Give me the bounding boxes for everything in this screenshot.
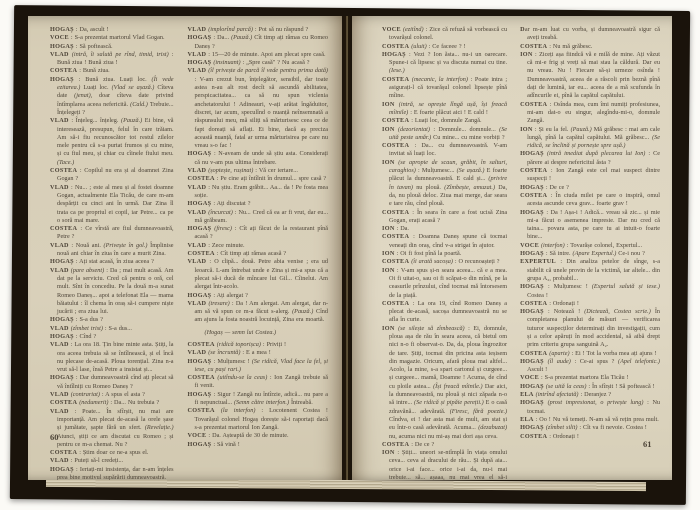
dialogue-line: COSTEA : Cît timp ați rămas acasă ? [188,250,328,258]
dialogue-line: HOGAȘ : Notează ! (Dictează, Costea scri… [520,308,660,349]
dialogue-line: VLAD : O clipă... două. Petre abia venis… [188,258,328,291]
dialogue-line: VLAD : Nu... ; este al meu și al fostei … [50,184,174,225]
dialogue-line: COSTEA : Bună ziua. [50,67,174,75]
dialogue-line: VOCE : S-a prezentat martora Ela Ticău ! [520,374,660,382]
dialogue-line: COSTEA : Știm doar ce ne-a spus el. [50,449,174,457]
dialogue-line: ION : Știți... uneori se-ntîmplă în viaț… [382,449,507,480]
dialogue-line: HOGAȘ : Da... (Pauză.) Cît timp ați răma… [188,34,328,51]
dialogue-line: COSTEA : Osînda mea, cum îmi numiți prof… [520,101,660,126]
dialogue-line: HOGAȘ (intră imediat după plecarea lui I… [520,150,660,167]
page-right-column-2: Dar m-am luat cu vorba, și dumneavoastră… [520,26,660,480]
dialogue-line: HOGAȘ : Dar dumneavoastră cînd ați pleca… [50,374,174,391]
dialogue-line: HOGAȘ : Cînd ? [50,333,174,341]
dialogue-line: COSTEA (îi arată sacoșa) : O recunoașteț… [382,258,507,266]
dialogue-line: VLAD (îl privește de parcă îl vede pentr… [188,67,328,150]
dialogue-line: HOGAȘ : De ce ? [520,184,660,192]
dialogue-line: VLAD (tresare) : Da ! Am alergat. Am ale… [188,300,328,325]
dialogue-line: COSTEA : Nu mă grăbesc. [520,43,660,51]
dialogue-line: COSTEA : Doamna Daneș spune că tocmai ve… [382,233,507,250]
dialogue-line: HOGAȘ : Să poftească. [50,43,174,51]
dialogue-line: HOGAȘ : Ați discutat ? [188,200,328,208]
dialogue-line: ION (dezorientat) : Domnule... domnule..… [382,126,507,143]
dialogue-line: HOGAȘ (zîmbet silit) : Cît va fi nevoie.… [520,424,660,432]
dialogue-line: ION (intră, se oprește lîngă ușă, își fr… [382,101,507,118]
dialogue-line: HOGAȘ (firesc) : Cît ați făcut de la res… [188,225,328,242]
dialogue-line: VLAD (zîmbet trist) : S-a dus... [50,325,174,333]
page-left: HOGAȘ : Da, ascult !VOCE : S-a prezentat… [28,16,342,480]
dialogue-line: COSTEA : Pe cine ați întîlnit în drumul.… [188,175,328,183]
dialogue-line: VLAD : Înțeleg... înțeleg. (Pauză.) Ei b… [50,117,174,167]
dialogue-line: COSTEA : Ordonați ! [520,433,660,441]
dialogue-line: HOGAȘ (se uită la ceas) : În sfîrșit ! S… [520,383,660,391]
dialogue-line: VLAD (șoptește, rușinat) : Vă cer iertar… [188,167,328,175]
dialogue-line: HOGAȘ : Da, ascult ! [50,26,174,34]
dialogue-line: ION (se apropie de scaun, grăbit, în sal… [382,159,507,209]
page-right-column-1: VOCE (ezitînd) : Zice că refuză să vorbe… [382,26,507,480]
dialogue-line: COSTEA : În seara în care a fost ucisă Z… [382,209,507,226]
dialogue-line: ION : Și eu la fel. (Pauză.) Mă grăbesc … [520,126,660,151]
dialogue-line: COSTEA : Copilul nu era și al doamnei Zi… [50,167,174,184]
dialogue-line: COSTEA : De ce ? [382,441,507,449]
dialogue-line: VOCE : S-a prezentat martorul Vlad Gogan… [50,34,174,42]
dialogue-line: HOGAȘ : Bună ziua. Luați loc. (Îi vede e… [50,76,174,117]
dialogue-line: COSTEA : Luați loc, domnule Zangă. [382,117,507,125]
page-number-right: 61 [643,439,652,449]
dialogue-line: HOGAȘ : Ați stat acasă, în ziua aceea ? [50,258,174,266]
dialogue-line: VLAD : Nouă ani. (Privește în gol.) Împl… [50,242,174,259]
dialogue-line: VLAD : Zece minute. [188,242,328,250]
dialogue-line: HOGAȘ : Să intre. (Apare Expertul.) Ce-i… [520,250,660,258]
dialogue-line: VLAD : Nu știu. Eram grăbit... Aa... da … [188,184,328,201]
dialogue-line: ION : Ziceți așa fiindcă vă e milă de mi… [520,51,660,101]
dialogue-line: VLAD : 15—20 de minute. Apoi am plecat s… [188,51,328,59]
dialogue-line: COSTEA (aparte) : Ei ! Tot la vorba mea … [520,350,660,358]
dialogue-line: ION : Da. [382,225,507,233]
dialogue-line: VOCE (interfon) : Tovarășe colonel, Expe… [520,242,660,250]
dialogue-line: ION (se silește să zîmbească) : Ei, domn… [382,325,507,441]
book-photo: HOGAȘ : Da, ascult !VOCE : S-a prezentat… [0,0,700,510]
dialogue-line: ION : Oi fi fost pînă la poartă. [382,250,507,258]
dialogue-line: VLAD (intră, îi salută pe rînd, timid, t… [50,51,174,68]
dialogue-line: COSTEA : Ce vîrstă are fiul dumneavoastr… [50,225,174,242]
dialogue-line: VLAD : Poate... În sfîrșit, nu mai are i… [50,408,174,449]
dialogue-line: HOGAȘ : N-aveam de unde să știu asta. Co… [188,150,328,167]
dialogue-line: HOGAȘ : Mulțumesc ! (Expertul salută și … [520,283,660,300]
dialogue-line: COSTEA (la interfon) : Locotenent Costea… [188,407,328,432]
dialogue-line: VLAD (încurcat) : Nu... Cred că ea ar fi… [188,209,328,226]
dialogue-line: HOGAȘ : Mulțumesc ! (Se ridică, Vlad fac… [188,358,328,375]
page-left-columns: HOGAȘ : Da, ascult !VOCE : S-a prezentat… [50,26,328,480]
dialogue-line: HOGAȘ : Iertați-mi insistența, dar n-am … [50,466,174,480]
dialogue-line: COSTEA (mecanic, la interfon) : Poate in… [382,76,507,101]
dialogue-line: HOGAȘ (prost impresionat, o privește lun… [520,399,660,416]
book-gutter [342,16,352,480]
dialogue-line: COSTEA (nedumerit) : Da... Nu trebuia ? [50,399,174,407]
open-book: HOGAȘ : Da, ascult !VOCE : S-a prezentat… [28,16,672,480]
dialogue-line: COSTEA : Ion Zangă este cel mai suspect … [520,167,660,184]
dialogue-line: COSTEA (ridică toporișca) : Priviți ! [188,341,328,349]
dialogue-line: COSTEA : Ordonați ! [520,300,660,308]
dialogue-line: VLAD (contrariat) : A spus el asta ? [50,391,174,399]
dialogue-line: COSTEA (uitîndu-se la ceas) : Ion Zangă … [188,374,328,391]
dialogue-line: HOGAȘ : Da ! Așa-i ! Adică... vreau să z… [520,209,660,242]
dialogue-line: ELA (intrînd afectată) : Deranjez ? [520,391,660,399]
dialogue-line: HOGAȘ (îl aude) : Ce-ai spus ? (Apel tel… [520,358,660,375]
page-right: VOCE (ezitînd) : Zice că refuză să vorbe… [352,16,672,480]
dialogue-line: VLAD (se încruntă) : E a mea ! [188,349,328,357]
dialogue-line: HOGAȘ : S-a dus ? [50,316,174,324]
dialogue-line: HOGAȘ : Vezi ? Ion ăsta... nu-i un oarec… [382,51,507,76]
dialogue-line: COSTEA : În ciuda milei pe care o inspir… [520,192,660,209]
dialogue-line: EXPERTUL : Din analiza petelor de sînge,… [520,258,660,283]
dialogue-line: COSTEA : La ora 19, cînd Romeo Daneș a p… [382,300,507,325]
dialogue-line: VLAD (implorînd parcă) : Pot să nu răspu… [188,26,328,34]
page-number-left: 60 [50,432,59,442]
dialogue-line: ELA : Oo ! Nu vă temeți. N-am să vă reți… [520,416,660,424]
dialogue-line: VOCE (ezitînd) : Zice că refuză să vorbe… [382,26,507,43]
dialogue-line: VOCE : Da. Așteaptă de 30 de minute. [188,432,328,440]
dialogue-line: COSTEA (uluit) : Ce faceee ? ! [382,43,507,51]
dialogue-line: VLAD : Puteți să-l credeți... [50,457,174,465]
dialogue-line: HOGAȘ : Să vină ! [188,441,328,449]
dialogue-line: Dar m-am luat cu vorba, și dumneavoastră… [520,26,660,43]
dialogue-line: VLAD (pare absent) : Da ; mai mult acasă… [50,267,174,317]
dialogue-line: HOGAȘ (insinuant) : „Spre casă" ? Nu aca… [188,59,328,67]
dialogue-line: ION : V-am spus și-n seara aceea... că e… [382,267,507,300]
dialogue-line: (Hogaș — semn lui Costea.) [188,329,328,337]
page-left-column-2: VLAD (implorînd parcă) : Pot să nu răspu… [188,26,328,480]
dialogue-line: VLAD : La ora 18. Țin bine minte asta. Ș… [50,341,174,374]
dialogue-line: HOGAȘ : Sigur ! Zangă nu întîrzie, adică… [188,391,328,408]
page-left-column-1: HOGAȘ : Da, ascult !VOCE : S-a prezentat… [50,26,174,480]
page-right-columns: VOCE (ezitînd) : Zice că refuză să vorbe… [382,26,660,480]
dialogue-line: COSTEA : Da... cu dumneavoastră. V-am in… [382,142,507,159]
dialogue-line: HOGAȘ : Ați alergat ? [188,292,328,300]
